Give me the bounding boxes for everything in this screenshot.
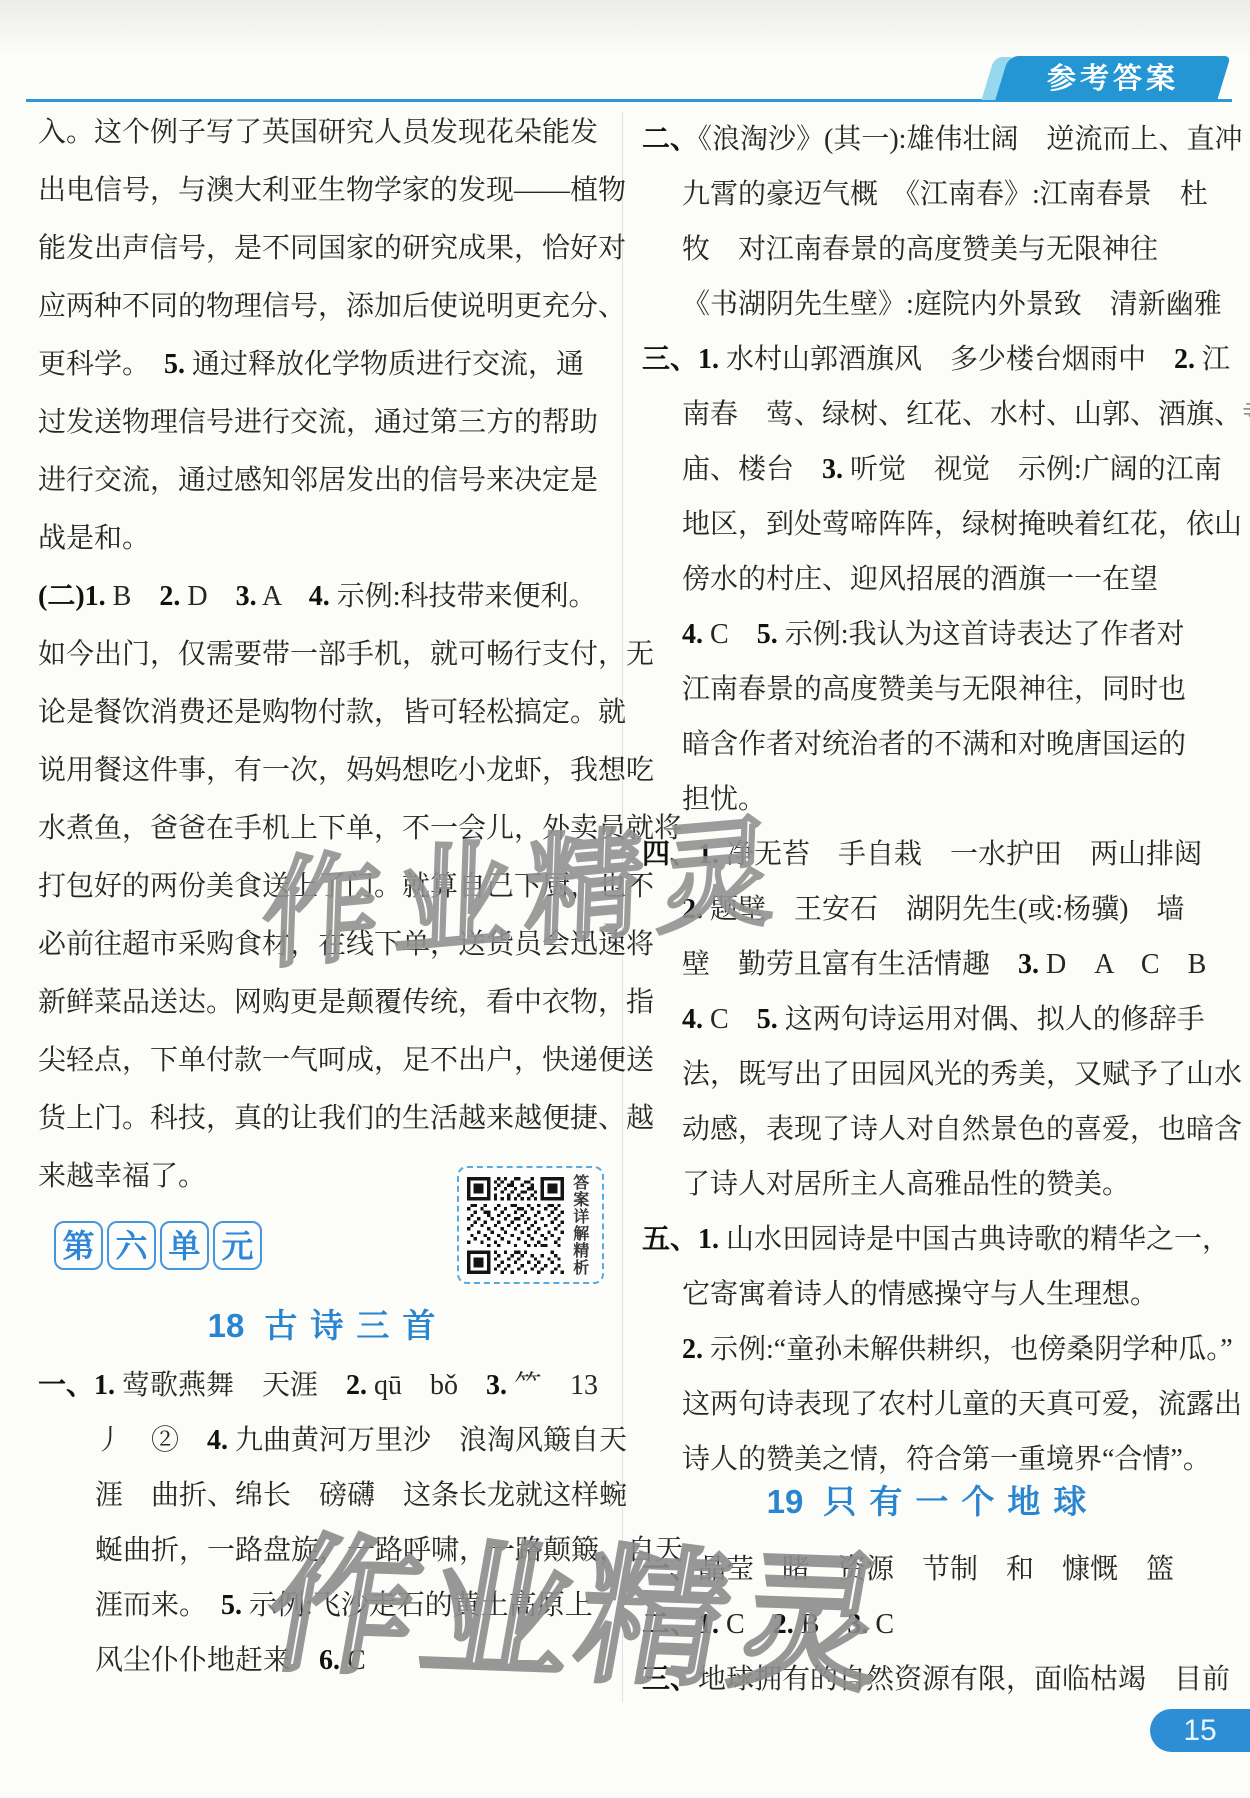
text-line: 过发送物理信号进行交流，通过第三方的帮助 <box>38 394 618 452</box>
text-line: 入。这个例子写了英国研究人员发现花朵能发 <box>38 104 618 162</box>
text-line: 壁 勤劳且富有生活情趣 3. D A C B <box>642 937 1224 992</box>
text-line: 法，既写出了田园风光的秀美，又赋予了山水 <box>642 1047 1224 1102</box>
text-line: 更科学。 5. 通过释放化学物质进行交流，通 <box>38 336 618 394</box>
text-line: 它寄寓着诗人的情感操守与人生理想。 <box>642 1267 1224 1322</box>
text-line: 风尘仆仆地赶来 6. C <box>38 1633 618 1688</box>
text-line: 牧 对江南春景的高度赞美与无限神往 <box>642 222 1224 277</box>
text-line: 蜒曲折，一路盘旋，一路呼啸，一路颠簸，自天 <box>38 1523 618 1578</box>
text-line: 4. C 5. 示例:我认为这首诗表达了作者对 <box>642 607 1224 662</box>
text-line: 三、地球拥有的自然资源有限，面临枯竭 目前 <box>642 1652 1224 1707</box>
text-line: 说用餐这件事，有一次，妈妈想吃小龙虾，我想吃 <box>38 742 618 800</box>
qr-caption: 答案详解精析 <box>570 1174 587 1276</box>
lesson-19-number: 19 <box>767 1483 804 1521</box>
text-line: 担忧。 <box>642 772 1224 827</box>
text-line: 新鲜菜品送达。网购更是颠覆传统，看中衣物，指 <box>38 974 618 1032</box>
lesson-18-title: 古诗三首 <box>264 1300 448 1347</box>
unit-badge-char: 元 <box>213 1221 262 1270</box>
text-line: 五、1. 山水田园诗是中国古典诗歌的精华之一， <box>642 1212 1224 1267</box>
text-line: 尖轻点，下单付款一气呵成，足不出户，快递便送 <box>38 1032 618 1090</box>
unit-badge-char: 单 <box>160 1221 209 1270</box>
text-line: 出电信号，与澳大利亚生物学家的发现——植物 <box>38 162 618 220</box>
text-line: 4. C 5. 这两句诗运用对偶、拟人的修辞手 <box>642 992 1224 1047</box>
qr-panel: 答案详解精析 <box>457 1166 604 1284</box>
text-line: 如今出门，仅需要带一部手机，就可畅行支付，无 <box>38 626 618 684</box>
text-line: 2. 题壁 王安石 湖阴先生(或:杨骥) 墙 <box>642 882 1224 937</box>
qr-code-icon <box>467 1177 564 1274</box>
text-line: 了诗人对居所主人高雅品性的赞美。 <box>642 1157 1224 1212</box>
text-line: 水煮鱼，爸爸在手机上下单，不一会儿，外卖员就将 <box>38 800 618 858</box>
text-line: 2. 示例:“童孙未解供耕织，也傍桑阴学种瓜。” <box>642 1322 1224 1377</box>
text-line: 涯而来。 5. 示例:飞沙走石的黄土高原上 <box>38 1578 618 1633</box>
text-line: 二、1. C 2. B 3. C <box>642 1597 1224 1652</box>
page-number-badge: 15 <box>1150 1709 1250 1752</box>
text-line: 地区，到处莺啼阵阵，绿树掩映着红花，依山 <box>642 497 1224 552</box>
text-line: (二)1. B 2. D 3. A 4. 示例:科技带来便利。 <box>38 568 618 626</box>
text-line: 九霄的豪迈气概 《江南春》:江南春景 杜 <box>642 167 1224 222</box>
unit-badge: 第 六 单 元 <box>54 1221 262 1270</box>
text-line: 涯 曲折、绵长 磅礴 这条长龙就这样蜿 <box>38 1468 618 1523</box>
lesson-18-heading: 18 古诗三首 <box>38 1300 618 1347</box>
right-column-lesson19-text: 一、晶莹 睹 资源 节制 和 慷慨 篮二、1. C 2. B 3. C三、地球拥… <box>642 1542 1224 1707</box>
text-line: 货上门。科技，真的让我们的生活越来越便捷、越 <box>38 1090 618 1148</box>
text-line: 能发出声信号，是不同国家的研究成果，恰好对 <box>38 220 618 278</box>
lesson-19-heading: 19 只有一个地球 <box>642 1476 1224 1523</box>
text-line: 三、1. 水村山郭酒旗风 多少楼台烟雨中 2. 江 <box>642 332 1224 387</box>
page-number: 15 <box>1183 1714 1216 1747</box>
answer-page: 参考答案 入。这个例子写了英国研究人员发现花朵能发出电信号，与澳大利亚生物学家的… <box>0 0 1250 1798</box>
header-tab: 参考答案 <box>1002 56 1224 100</box>
text-line: 庙、楼台 3. 听觉 视觉 示例:广阔的江南 <box>642 442 1224 497</box>
text-line: 战是和。 <box>38 510 618 568</box>
text-line: 丿 ② 4. 九曲黄河万里沙 浪淘风簸自天 <box>38 1413 618 1468</box>
text-line: 一、晶莹 睹 资源 节制 和 慷慨 篮 <box>642 1542 1224 1597</box>
text-line: 打包好的两份美食送上了门。就算自己下厨，也不 <box>38 858 618 916</box>
lesson-19-title: 只有一个地球 <box>823 1476 1099 1523</box>
text-line: 一、1. 莺歌燕舞 天涯 2. qū bǒ 3. ⺮ 13 <box>38 1358 618 1413</box>
left-column-lesson18-text: 一、1. 莺歌燕舞 天涯 2. qū bǒ 3. ⺮ 13丿 ② 4. 九曲黄河… <box>38 1358 618 1688</box>
text-line: 江南春景的高度赞美与无限神往，同时也 <box>642 662 1224 717</box>
right-column-text: 二、《浪淘沙》(其一):雄伟壮阔 逆流而上、直冲九霄的豪迈气概 《江南春》:江南… <box>642 112 1224 1487</box>
lesson-18-number: 18 <box>208 1307 245 1345</box>
text-line: 进行交流，通过感知邻居发出的信号来决定是 <box>38 452 618 510</box>
text-line: 二、《浪淘沙》(其一):雄伟壮阔 逆流而上、直冲 <box>642 112 1224 167</box>
text-line: 暗含作者对统治者的不满和对晚唐国运的 <box>642 717 1224 772</box>
text-line: 论是餐饮消费还是购物付款，皆可轻松搞定。就 <box>38 684 618 742</box>
text-line: 四、1. 净无苔 手自栽 一水护田 两山排闼 <box>642 827 1224 882</box>
unit-badge-char: 第 <box>54 1221 103 1270</box>
header-tab-label: 参考答案 <box>1002 56 1224 100</box>
left-column-text: 入。这个例子写了英国研究人员发现花朵能发出电信号，与澳大利亚生物学家的发现——植… <box>38 104 618 1206</box>
text-line: 傍水的村庄、迎风招展的酒旗一一在望 <box>642 552 1224 607</box>
text-line: 南春 莺、绿树、红花、水村、山郭、酒旗、寺 <box>642 387 1224 442</box>
text-line: 应两种不同的物理信号，添加后使说明更充分、 <box>38 278 618 336</box>
unit-badge-char: 六 <box>107 1221 156 1270</box>
text-line: 动感，表现了诗人对自然景色的喜爱，也暗含 <box>642 1102 1224 1157</box>
text-line: 《书湖阴先生壁》:庭院内外景致 清新幽雅 <box>642 277 1224 332</box>
text-line: 必前往超市采购食材，在线下单，送货员会迅速将 <box>38 916 618 974</box>
text-line: 这两句诗表现了农村儿童的天真可爱，流露出 <box>642 1377 1224 1432</box>
